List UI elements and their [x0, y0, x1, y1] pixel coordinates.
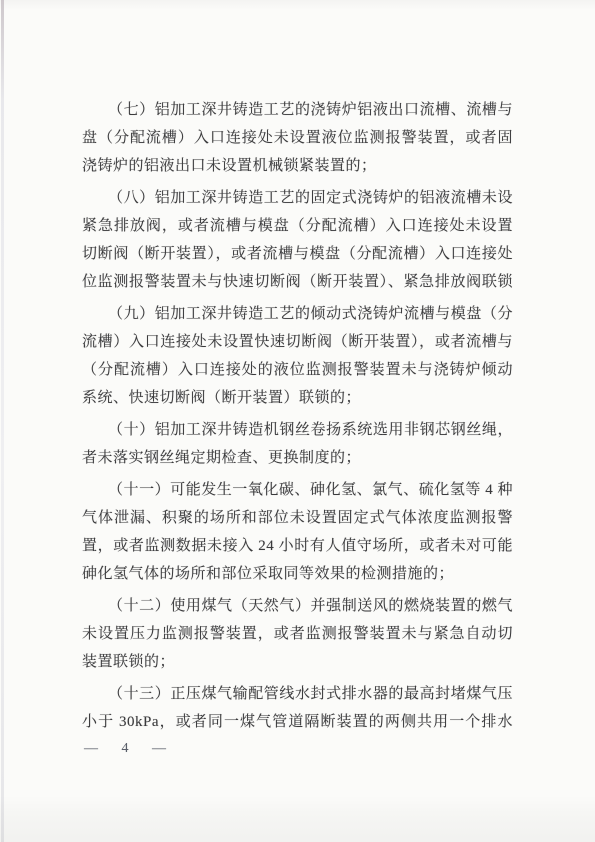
text-line: （八）铝加工深井铸造工艺的固定式浇铸炉的铝液流槽未设置 [82, 184, 513, 212]
text-line: （九）铝加工深井铸造工艺的倾动式浇铸炉流槽与模盘（分配 [82, 300, 513, 328]
scan-edge-left-shadow [1, 0, 4, 842]
text-line: 紧急排放阀，或者流槽与模盘（分配流槽）入口连接处未设置快速 [82, 212, 513, 240]
text-line: 装置联锁的； [82, 648, 513, 676]
paragraph-item-8: （八）铝加工深井铸造工艺的固定式浇铸炉的铝液流槽未设置紧急排放阀，或者流槽与模盘… [82, 184, 513, 296]
scan-edge-top [0, 0, 595, 10]
text-line: 盘（分配流槽）入口连接处未设置液位监测报警装置，或者固定式 [82, 124, 513, 152]
text-line: 者未落实钢丝绳定期检查、更换制度的； [82, 444, 513, 472]
text-line: 小于 30kPa，或者同一煤气管道隔断装置的两侧共用一个排水器， [82, 708, 513, 736]
text-line: 气体泄漏、积聚的场所和部位未设置固定式气体浓度监测报警装 [82, 504, 513, 532]
scan-edge-bottom-shadow [0, 796, 595, 842]
text-line: 置，或者监测数据未接入 24 小时有人值守场所，或者未对可能有 [82, 532, 513, 560]
text-line: 位监测报警装置未与快速切断阀（断开装置）、紧急排放阀联锁的； [82, 268, 513, 296]
text-line: （十）铝加工深井铸造机钢丝卷扬系统选用非钢芯钢丝绳，或 [82, 416, 513, 444]
text-line: （分配流槽）入口连接处的液位监测报警装置未与浇铸炉倾动控制 [82, 356, 513, 384]
text-line: （十一）可能发生一氧化碳、砷化氢、氯气、硫化氢等 4 种有毒 [82, 476, 513, 504]
text-line: （十三）正压煤气输配管线水封式排水器的最高封堵煤气压力 [82, 680, 513, 708]
paragraph-item-12: （十二）使用煤气（天然气）并强制送风的燃烧装置的燃气总管未设置压力监测报警装置，… [82, 592, 513, 676]
page-number: — 4 — [84, 741, 176, 757]
text-line: 浇铸炉的铝液出口未设置机械锁紧装置的； [82, 152, 513, 180]
paragraph-item-10: （十）铝加工深井铸造机钢丝卷扬系统选用非钢芯钢丝绳，或者未落实钢丝绳定期检查、更… [82, 416, 513, 472]
text-line: 流槽）入口连接处未设置快速切断阀（断开装置），或者流槽与模盘 [82, 328, 513, 356]
paragraph-item-13: （十三）正压煤气输配管线水封式排水器的最高封堵煤气压力小于 30kPa，或者同一… [82, 680, 513, 736]
text-line: 系统、快速切断阀（断开装置）联锁的； [82, 384, 513, 412]
scanned-document-page: （七）铝加工深井铸造工艺的浇铸炉铝液出口流槽、流槽与模盘（分配流槽）入口连接处未… [0, 0, 595, 842]
text-line: （十二）使用煤气（天然气）并强制送风的燃烧装置的燃气总管 [82, 592, 513, 620]
paragraph-item-7: （七）铝加工深井铸造工艺的浇铸炉铝液出口流槽、流槽与模盘（分配流槽）入口连接处未… [82, 96, 513, 180]
text-line: 切断阀（断开装置），或者流槽与模盘（分配流槽）入口连接处的液 [82, 240, 513, 268]
document-body: （七）铝加工深井铸造工艺的浇铸炉铝液出口流槽、流槽与模盘（分配流槽）入口连接处未… [82, 96, 513, 736]
text-line: （七）铝加工深井铸造工艺的浇铸炉铝液出口流槽、流槽与模 [82, 96, 513, 124]
text-line: 砷化氢气体的场所和部位采取同等效果的检测措施的； [82, 560, 513, 588]
paragraph-item-11: （十一）可能发生一氧化碳、砷化氢、氯气、硫化氢等 4 种有毒气体泄漏、积聚的场所… [82, 476, 513, 588]
text-line: 未设置压力监测报警装置，或者监测报警装置未与紧急自动切断 [82, 620, 513, 648]
paragraph-item-9: （九）铝加工深井铸造工艺的倾动式浇铸炉流槽与模盘（分配流槽）入口连接处未设置快速… [82, 300, 513, 412]
